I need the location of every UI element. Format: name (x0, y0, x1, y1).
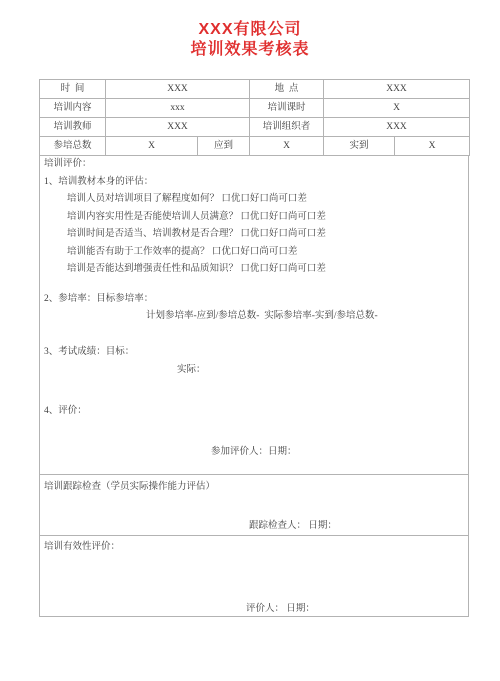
evaluation-heading: 培训评价： (44, 159, 92, 170)
time-value: XXX (106, 80, 250, 99)
item1-heading: 1、培训教材本身的评估： (44, 177, 153, 188)
expected-value: X (250, 137, 324, 156)
organizer-label: 培训组织者 (250, 118, 324, 137)
form-body: 时 间 XXX 地 点 XXX 培训内容 xxx 培训课时 X 培训教师 XXX… (39, 79, 469, 617)
tracking-heading: 培训跟踪检查（学员实际操作能力评估） (44, 482, 215, 493)
document-title: XXX有限公司 培训效果考核表 (0, 20, 500, 60)
teacher-value: XXX (106, 118, 250, 137)
effectiveness-heading: 培训有效性评价： (44, 542, 120, 553)
tracking-signature-line: 跟踪检查人： 日期： (249, 521, 337, 532)
place-value: XXX (324, 80, 470, 99)
actual-label: 实到 (324, 137, 395, 156)
item3-heading: 3、考试成绩：目标： (44, 347, 134, 358)
table-row: 培训内容 xxx 培训课时 X (40, 99, 470, 118)
item4-heading: 4、评价： (44, 406, 87, 417)
question-1: 培训人员对培训项目了解程度如何？ 口优口好口尚可口差 (67, 194, 307, 205)
table-row: 时 间 XXX 地 点 XXX (40, 80, 470, 99)
actual-value: X (395, 137, 470, 156)
info-table: 时 间 XXX 地 点 XXX 培训内容 xxx 培训课时 X 培训教师 XXX… (39, 79, 470, 156)
effectiveness-section: 培训有效性评价： 评价人： 日期： (39, 536, 469, 617)
time-label: 时 间 (40, 80, 106, 99)
hours-value: X (324, 99, 470, 118)
company-name: XXX有限公司 (0, 20, 500, 40)
document-page: XXX有限公司 培训效果考核表 时 间 XXX 地 点 XXX 培训内容 xxx… (0, 0, 500, 681)
teacher-label: 培训教师 (40, 118, 106, 137)
place-label: 地 点 (250, 80, 324, 99)
tracking-section: 培训跟踪检查（学员实际操作能力评估） 跟踪检查人： 日期： (39, 475, 469, 536)
item3-actual-label: 实际： (177, 365, 206, 376)
organizer-value: XXX (324, 118, 470, 137)
form-title: 培训效果考核表 (0, 40, 500, 60)
hours-label: 培训课时 (250, 99, 324, 118)
table-row: 参培总数 X 应到 X 实到 X (40, 137, 470, 156)
evaluation-section: 培训评价： 1、培训教材本身的评估： 培训人员对培训项目了解程度如何？ 口优口好… (39, 156, 469, 475)
total-participants-label: 参培总数 (40, 137, 106, 156)
item2-formula: 计划参培率-应到/参培总数- 实际参培率-实到/参培总数- (146, 311, 378, 322)
question-4: 培训能否有助于工作效率的提高？ 口优口好口尚可口差 (67, 247, 297, 258)
expected-label: 应到 (198, 137, 250, 156)
table-row: 培训教师 XXX 培训组织者 XXX (40, 118, 470, 137)
effectiveness-signature-line: 评价人： 日期： (246, 604, 315, 615)
item2-heading: 2、参培率：目标参培率： (44, 294, 153, 305)
question-3: 培训时间是否适当、培训教材是否合理？ 口优口好口尚可口差 (67, 229, 326, 240)
total-participants-value: X (106, 137, 198, 156)
content-value: xxx (106, 99, 250, 118)
evaluation-signature-line: 参加评价人：日期： (211, 447, 297, 458)
question-5: 培训是否能达到增强责任性和品质知识？ 口优口好口尚可口差 (67, 264, 326, 275)
content-label: 培训内容 (40, 99, 106, 118)
question-2: 培训内容实用性是否能使培训人员满意？ 口优口好口尚可口差 (67, 212, 326, 223)
